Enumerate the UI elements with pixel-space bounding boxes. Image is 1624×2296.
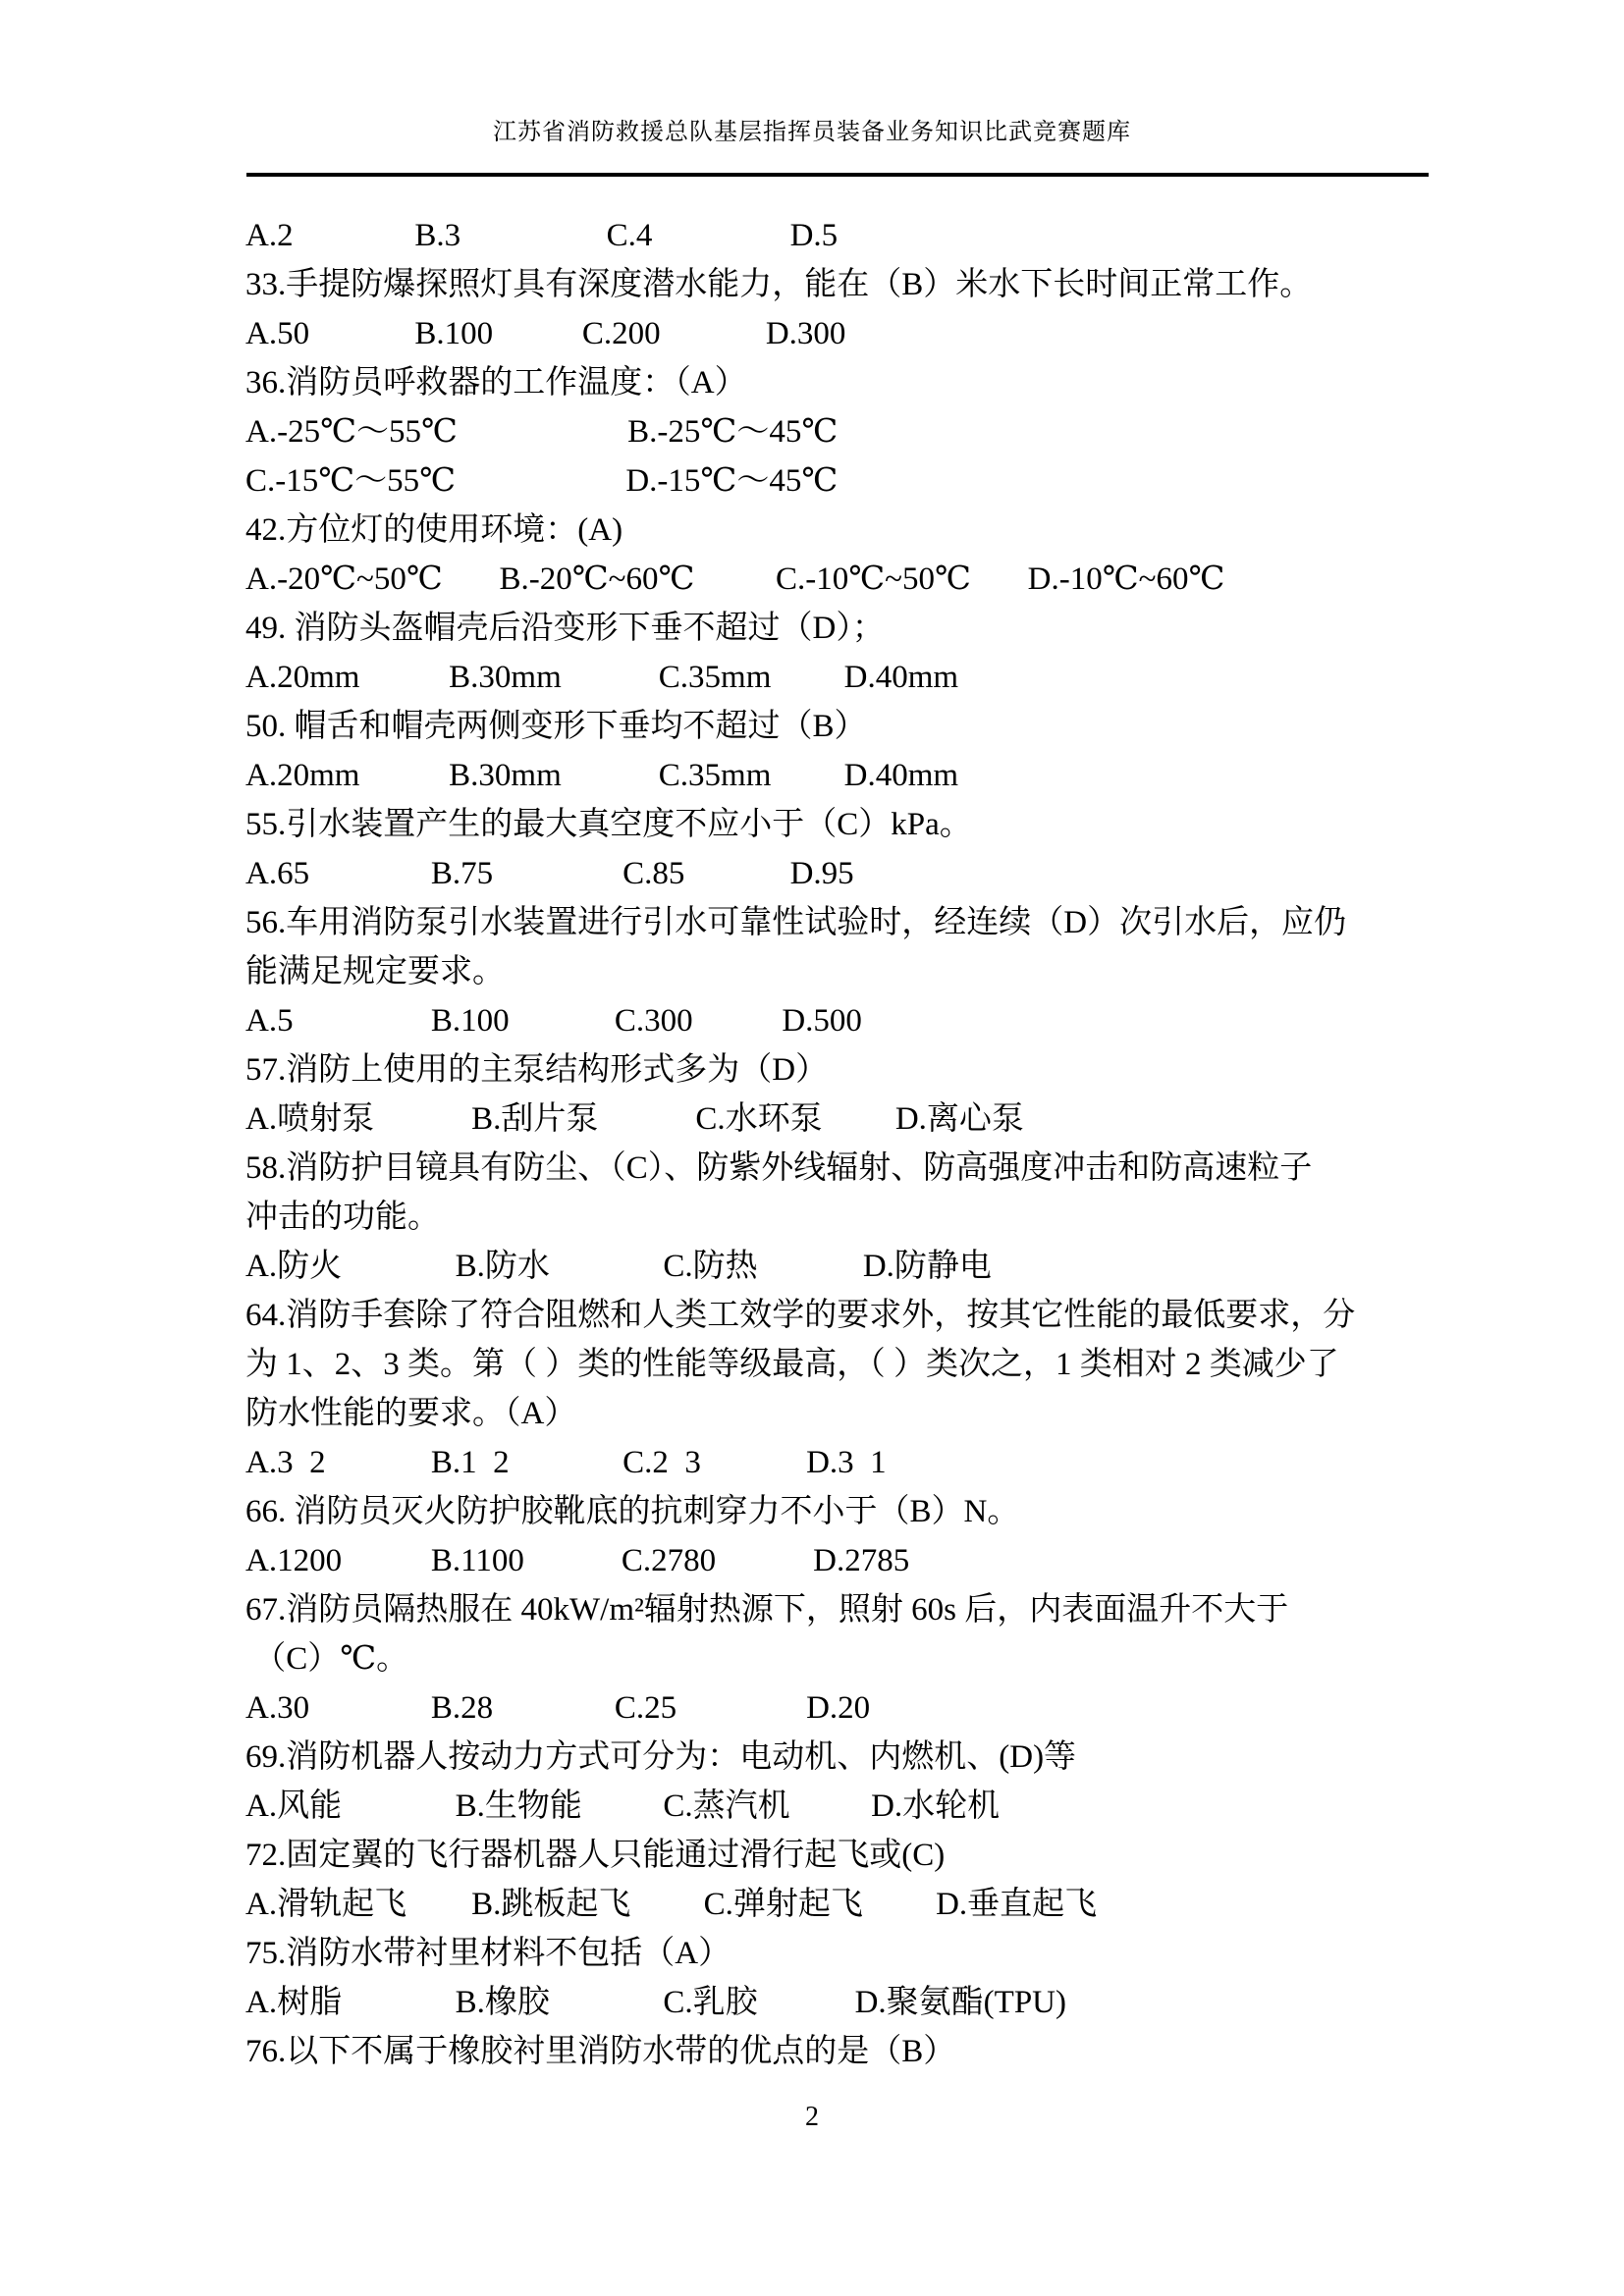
doc-line-29: 67.消防员隔热服在 40kW/m²辐射热源下，照射 60s 后，内表面温升不大…: [245, 1585, 1483, 1634]
doc-line-5: A.-25℃～55℃ B.-25℃～45℃: [245, 407, 1483, 456]
doc-line-24: 为 1、2、3 类。第（ ）类的性能等级最高，（ ）类次之，1 类相对 2 类减…: [245, 1340, 1483, 1389]
doc-line-30: （C）℃。: [245, 1634, 1483, 1683]
doc-line-15: 56.车用消防泵引水装置进行引水可靠性试验时，经连续（D）次引水后，应仍: [245, 898, 1483, 947]
doc-line-4: 36.消防员呼救器的工作温度：（A）: [245, 358, 1483, 407]
doc-line-20: 58.消防护目镜具有防尘、（C）、防紫外线辐射、防高强度冲击和防高速粒子: [245, 1144, 1483, 1193]
document-header-title: 江苏省消防救援总队基层指挥员装备业务知识比武竞赛题库: [0, 119, 1624, 146]
doc-line-23: 64.消防手套除了符合阻燃和人类工效学的要求外，按其它性能的最低要求，分: [245, 1291, 1483, 1340]
doc-line-25: 防水性能的要求。（A）: [245, 1389, 1483, 1438]
doc-line-37: A.树脂 B.橡胶 C.乳胶 D.聚氨酯(TPU): [245, 1978, 1483, 2027]
doc-line-35: A.滑轨起飞 B.跳板起飞 C.弹射起飞 D.垂直起飞: [245, 1880, 1483, 1929]
doc-line-14: A.65 B.75 C.85 D.95: [245, 849, 1483, 898]
doc-line-13: 55.引水装置产生的最大真空度不应小于（C）kPa。: [245, 800, 1483, 849]
doc-line-28: A.1200 B.1100 C.2780 D.2785: [245, 1536, 1483, 1585]
doc-line-11: 50. 帽舌和帽壳两侧变形下垂均不超过（B）: [245, 702, 1483, 751]
doc-line-27: 66. 消防员灭火防护胶靴底的抗刺穿力不小于（B）N。: [245, 1487, 1483, 1536]
doc-line-1: A.2 B.3 C.4 D.5: [245, 211, 1483, 260]
doc-line-10: A.20mm B.30mm C.35mm D.40mm: [245, 653, 1483, 702]
page-number: 2: [0, 2102, 1624, 2133]
document-page: 江苏省消防救援总队基层指挥员装备业务知识比武竞赛题库 A.2 B.3 C.4 D…: [0, 0, 1624, 2296]
doc-line-21: 冲击的功能。: [245, 1193, 1483, 1242]
doc-line-33: A.风能 B.生物能 C.蒸汽机 D.水轮机: [245, 1782, 1483, 1831]
doc-line-19: A.喷射泵 B.刮片泵 C.水环泵 D.离心泵: [245, 1095, 1483, 1144]
doc-line-34: 72.固定翼的飞行器机器人只能通过滑行起飞或(C): [245, 1831, 1483, 1880]
doc-line-26: A.3 2 B.1 2 C.2 3 D.3 1: [245, 1438, 1483, 1487]
doc-line-31: A.30 B.28 C.25 D.20: [245, 1683, 1483, 1733]
doc-line-9: 49. 消防头盔帽壳后沿变形下垂不超过（D）；: [245, 604, 1483, 653]
doc-line-38: 76.以下不属于橡胶衬里消防水带的优点的是（B）: [245, 2027, 1483, 2076]
doc-line-17: A.5 B.100 C.300 D.500: [245, 996, 1483, 1045]
doc-line-2: 33.手提防爆探照灯具有深度潜水能力，能在（B）米水下长时间正常工作。: [245, 260, 1483, 309]
doc-line-32: 69.消防机器人按动力方式可分为：电动机、内燃机、(D)等: [245, 1733, 1483, 1782]
doc-line-36: 75.消防水带衬里材料不包括（A）: [245, 1929, 1483, 1978]
doc-line-22: A.防火 B.防水 C.防热 D.防静电: [245, 1242, 1483, 1291]
doc-line-6: C.-15℃～55℃ D.-15℃～45℃: [245, 456, 1483, 506]
document-body: A.2 B.3 C.4 D.5 33.手提防爆探照灯具有深度潜水能力，能在（B）…: [245, 211, 1483, 2076]
doc-line-8: A.-20℃~50℃ B.-20℃~60℃ C.-10℃~50℃ D.-10℃~…: [245, 555, 1483, 604]
doc-line-3: A.50 B.100 C.200 D.300: [245, 309, 1483, 358]
header-divider-rule: [246, 173, 1429, 177]
doc-line-12: A.20mm B.30mm C.35mm D.40mm: [245, 751, 1483, 800]
doc-line-16: 能满足规定要求。: [245, 947, 1483, 996]
doc-line-18: 57.消防上使用的主泵结构形式多为（D）: [245, 1045, 1483, 1095]
doc-line-7: 42.方位灯的使用环境：(A): [245, 506, 1483, 555]
